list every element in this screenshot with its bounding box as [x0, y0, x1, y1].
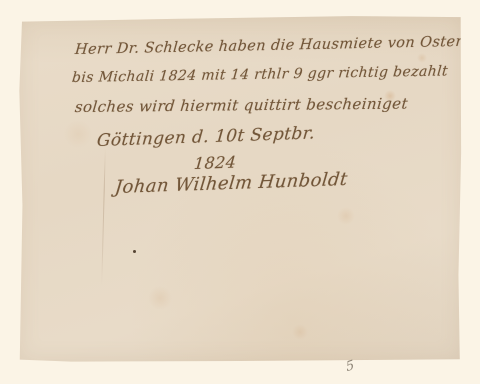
- ink-spot: [133, 250, 136, 253]
- handwriting-line-2: bis Michali 1824 mit 14 rthlr 9 ggr rich…: [71, 63, 448, 86]
- dateline-goettingen: Göttingen d. 10t Septbr.: [96, 123, 316, 151]
- paper-crack: [101, 148, 106, 286]
- handwriting-line-3: solches wird hiermit quittirt bescheinig…: [74, 95, 409, 117]
- pencil-page-number: 5: [345, 358, 356, 375]
- dateline-year: 1824: [193, 152, 237, 173]
- scan-mount-background: Herr Dr. Schlecke haben die Hausmiete vo…: [0, 0, 480, 384]
- manuscript-paper: Herr Dr. Schlecke haben die Hausmiete vo…: [18, 14, 462, 362]
- signature: Johan Wilhelm Hunboldt: [114, 169, 349, 198]
- handwriting-line-1: Herr Dr. Schlecke haben die Hausmiete vo…: [74, 34, 473, 58]
